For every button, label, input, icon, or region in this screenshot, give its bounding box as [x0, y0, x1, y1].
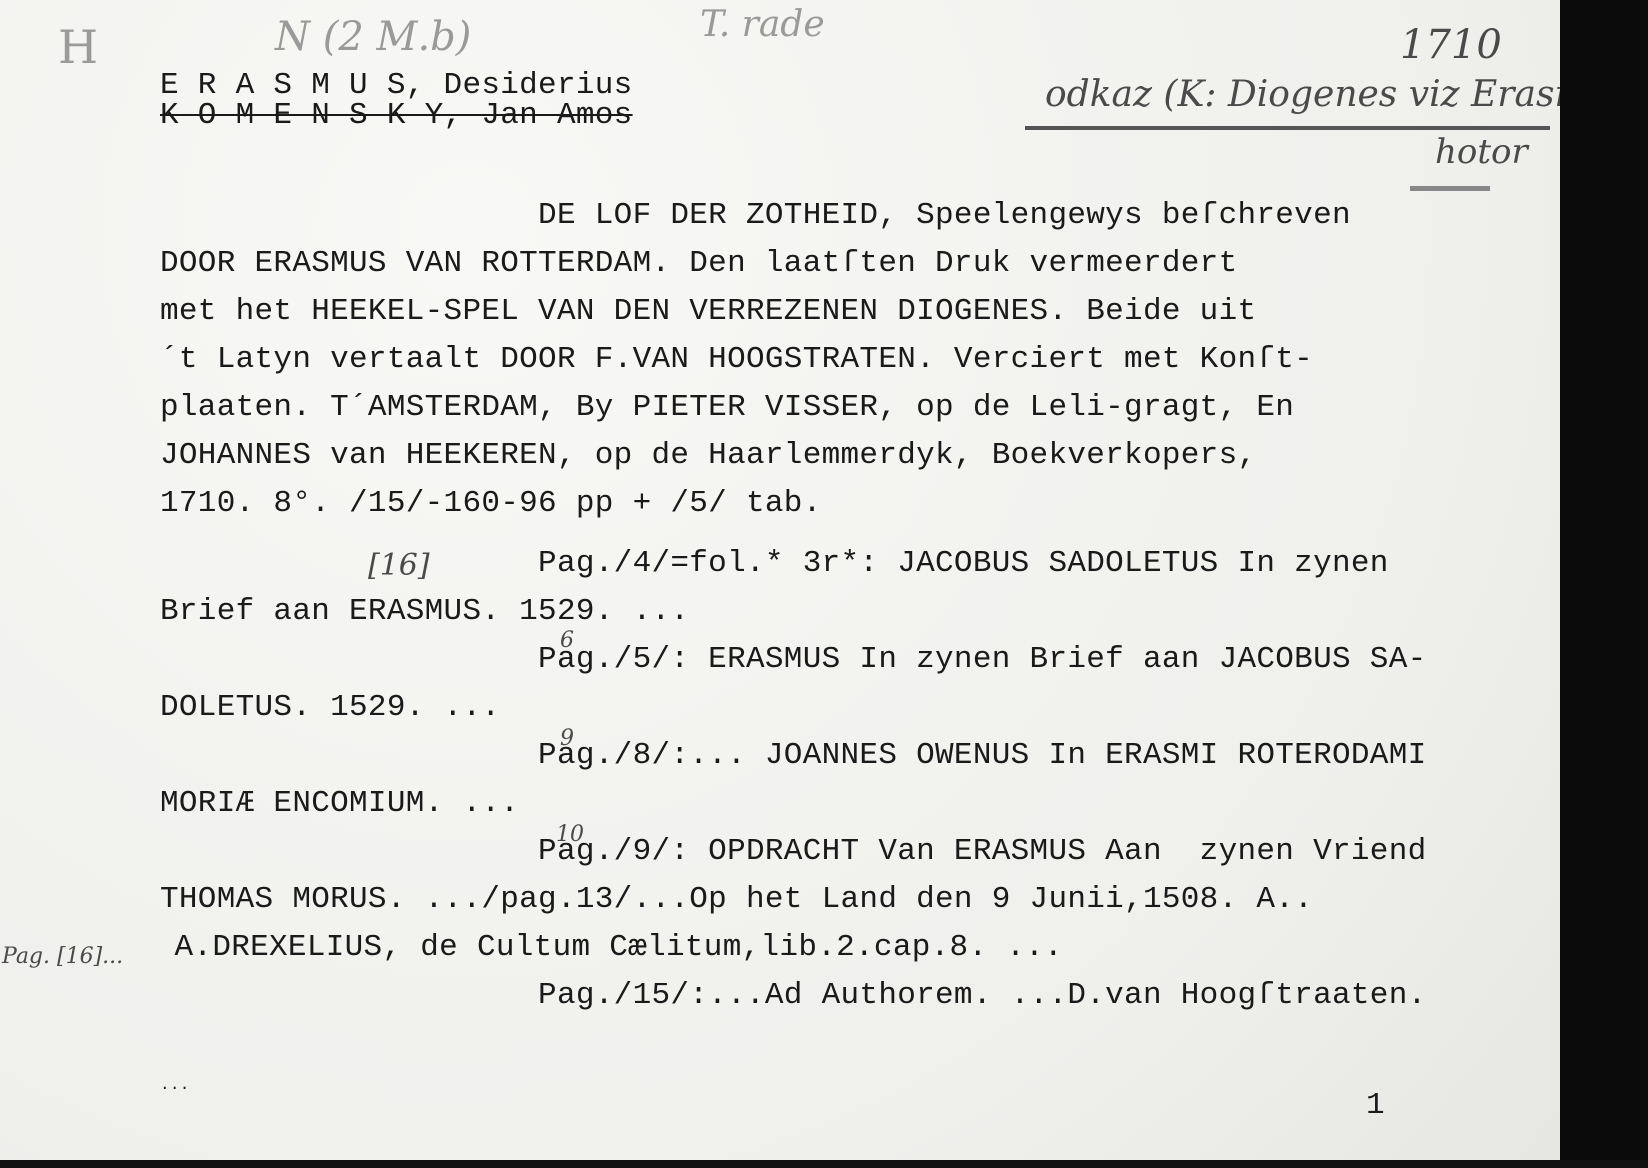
handwritten-code: N (2 M.b) — [275, 14, 471, 60]
handwritten-role-underline — [1410, 186, 1490, 191]
entry-line-3: Pag./5/: ERASMUS In zynen Brief aan JACO… — [160, 642, 1427, 677]
entry-line-10: Pag./15/:...Ad Authorem. ...D.van Hoogſt… — [160, 978, 1427, 1013]
description-line-7: 1710. 8°. /15/-160-96 pp + /5/ tab. — [160, 486, 822, 521]
entry-line-4: DOLETUS. 1529. ... — [160, 690, 500, 725]
scan-border-right — [1560, 0, 1648, 1168]
entry-line-6: MORIÆ ENCOMIUM. ... — [160, 786, 519, 821]
entry-line-5: Pag./8/:... JOANNES OWENUS In ERASMI ROT… — [160, 738, 1427, 773]
handwritten-role: hotor — [1435, 132, 1528, 172]
entry-line-9: A.DREXELIUS, de Cultum Cælitum,lib.2.cap… — [80, 930, 1063, 965]
description-line-2: DOOR ERASMUS VAN ROTTERDAM. Den laatſten… — [160, 246, 1237, 281]
description-line-3: met het HEEKEL-SPEL VAN DEN VERREZENEN D… — [160, 294, 1256, 329]
entry-line-8: THOMAS MORUS. .../pag.13/...Op het Land … — [160, 882, 1313, 917]
handwritten-note-top: T. rade — [700, 4, 825, 45]
entry-line-7: Pag./9/: OPDRACHT Van ERASMUS Aan zynen … — [160, 834, 1427, 869]
card-number: 1 — [1366, 1088, 1385, 1123]
description-line-4: ´t Latyn vertaalt DOOR F.VAN HOOGSTRATEN… — [160, 342, 1313, 377]
handwritten-year: 1710 — [1400, 22, 1502, 68]
handwritten-letter: H — [58, 20, 98, 74]
struck-author-heading: K O M E N S K Y, Jan Amos — [160, 98, 633, 133]
catalog-card: H N (2 M.b) T. rade 1710 odkaz (K: Dioge… — [0, 0, 1560, 1160]
description-line-6: JOHANNES van HEEKEREN, op de Haarlemmerd… — [160, 438, 1256, 473]
handwritten-underline — [1025, 126, 1550, 130]
continuation-mark: ... — [160, 1076, 190, 1094]
entry-line-2: Brief aan ERASMUS. 1529. ... — [160, 594, 689, 629]
description-line-1: DE LOF DER ZOTHEID, Speelengewys beſchre… — [160, 198, 1351, 233]
scan-border-bottom — [0, 1160, 1648, 1168]
entry-line-1: Pag./4/=fol.* 3r*: JACOBUS SADOLETUS In … — [160, 546, 1389, 581]
description-line-5: plaaten. T´AMSTERDAM, By PIETER VISSER, … — [160, 390, 1294, 425]
handwritten-shelf-note: odkaz (K: Diogenes viz Erasmus) — [1045, 74, 1644, 115]
